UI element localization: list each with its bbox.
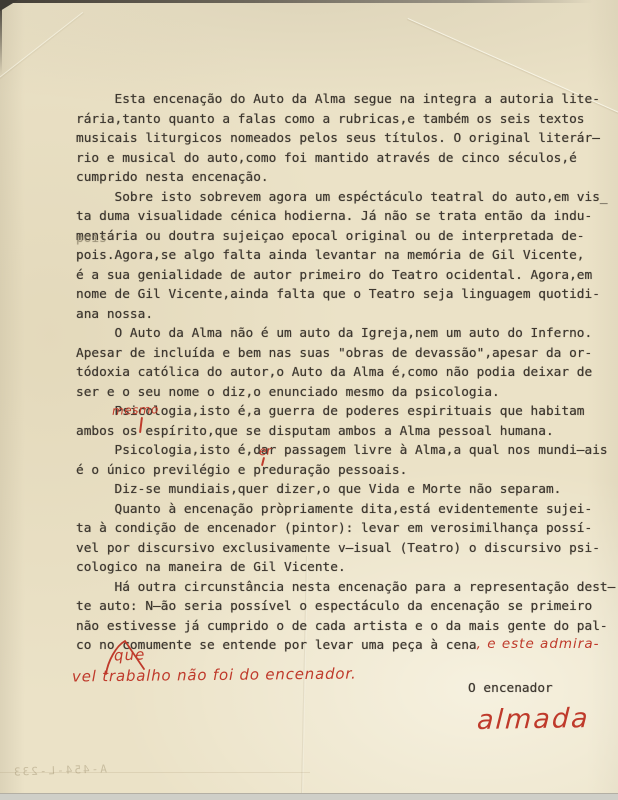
letter-page: A-454-L-233 Esta encenação do Auto da Al… xyxy=(0,0,618,800)
typed-line: Quanto à encenação pròpriamente dita,est… xyxy=(76,500,616,520)
typed-line: ta duma visualidade cénica hodierna. Já … xyxy=(76,207,616,227)
paper-edge-bottom xyxy=(0,793,618,800)
handwritten-insertion-mesmo: mesmo xyxy=(112,402,159,418)
paper-edge-left xyxy=(0,0,2,74)
typed-line: rária,tanto quanto a falas como a rubric… xyxy=(76,110,616,130)
typed-line: O Auto da Alma não é um auto da Igreja,n… xyxy=(76,324,616,344)
typed-line: vel por discursivo exclusivamente v̶isua… xyxy=(76,539,616,559)
typed-line: não estivesse já cumprido o de cada arti… xyxy=(76,617,616,637)
handwritten-insertion-que: que xyxy=(114,645,146,664)
ghost-typed-word: pois xyxy=(76,231,107,246)
paper-crease xyxy=(0,12,83,93)
typed-line-with-annotation: co no comumente se entende por levar uma… xyxy=(76,636,616,656)
bleedthrough-text: A-454-L-233 xyxy=(12,762,107,778)
typed-line: ana nossa. xyxy=(76,305,616,325)
signature-almada: almada xyxy=(476,703,590,736)
typed-line: mentária ou doutra sujeiçao epocal origi… xyxy=(76,227,616,247)
handwritten-inline-addition: , e este admira- xyxy=(477,636,600,652)
handwritten-insertion-er: er xyxy=(259,444,272,459)
paper-corner-shadow xyxy=(0,0,18,11)
typed-line: Sobre isto sobrevem agora um espéctáculo… xyxy=(76,188,616,208)
typed-line: rio e musical do auto,como foi mantido a… xyxy=(76,149,616,169)
typed-line: ambos os espírito,que se disputam ambos … xyxy=(76,422,616,442)
typed-line: Há outra circunstância nesta encenação p… xyxy=(76,578,616,598)
typed-line: musicais liturgicos nomeados pelos seus … xyxy=(76,129,616,149)
typed-line: ta à condição de encenador (pintor): lev… xyxy=(76,519,616,539)
typed-line: te auto: N̶ão seria possível o espectácu… xyxy=(76,597,616,617)
typed-line: ser e o seu nome o diz,o enunciado mesmo… xyxy=(76,383,616,403)
typed-line: Psicologia,isto é,dar passagem livre à A… xyxy=(76,441,616,461)
typed-line: é a sua genialidade de autor primeiro do… xyxy=(76,266,616,286)
typed-line: Diz-se mundiais,quer dizer,o que Vida e … xyxy=(76,480,616,500)
typed-signoff: O encenador xyxy=(468,681,553,696)
typed-line: Apesar de incluída e bem nas suas "obras… xyxy=(76,344,616,364)
typed-line: cologico na maneira de Gil Vicente. xyxy=(76,558,616,578)
typed-line: é o único previlégio e preduração pessoa… xyxy=(76,461,616,481)
typed-line: tódoxia católica do autor,o Auto da Alma… xyxy=(76,363,616,383)
handwritten-closing-line: vel trabalho não foi do encenador. xyxy=(72,665,357,686)
paper-edge-top xyxy=(0,0,618,3)
typed-letter-body: Esta encenação do Auto da Alma segue na … xyxy=(76,90,616,656)
typed-line: cumprido nesta encenação. xyxy=(76,168,616,188)
typed-line: pois.Agora,se algo falta ainda levantar … xyxy=(76,246,616,266)
typed-line: Esta encenação do Auto da Alma segue na … xyxy=(76,90,616,110)
typed-line: nome de Gil Vicente,ainda falta que o Te… xyxy=(76,285,616,305)
